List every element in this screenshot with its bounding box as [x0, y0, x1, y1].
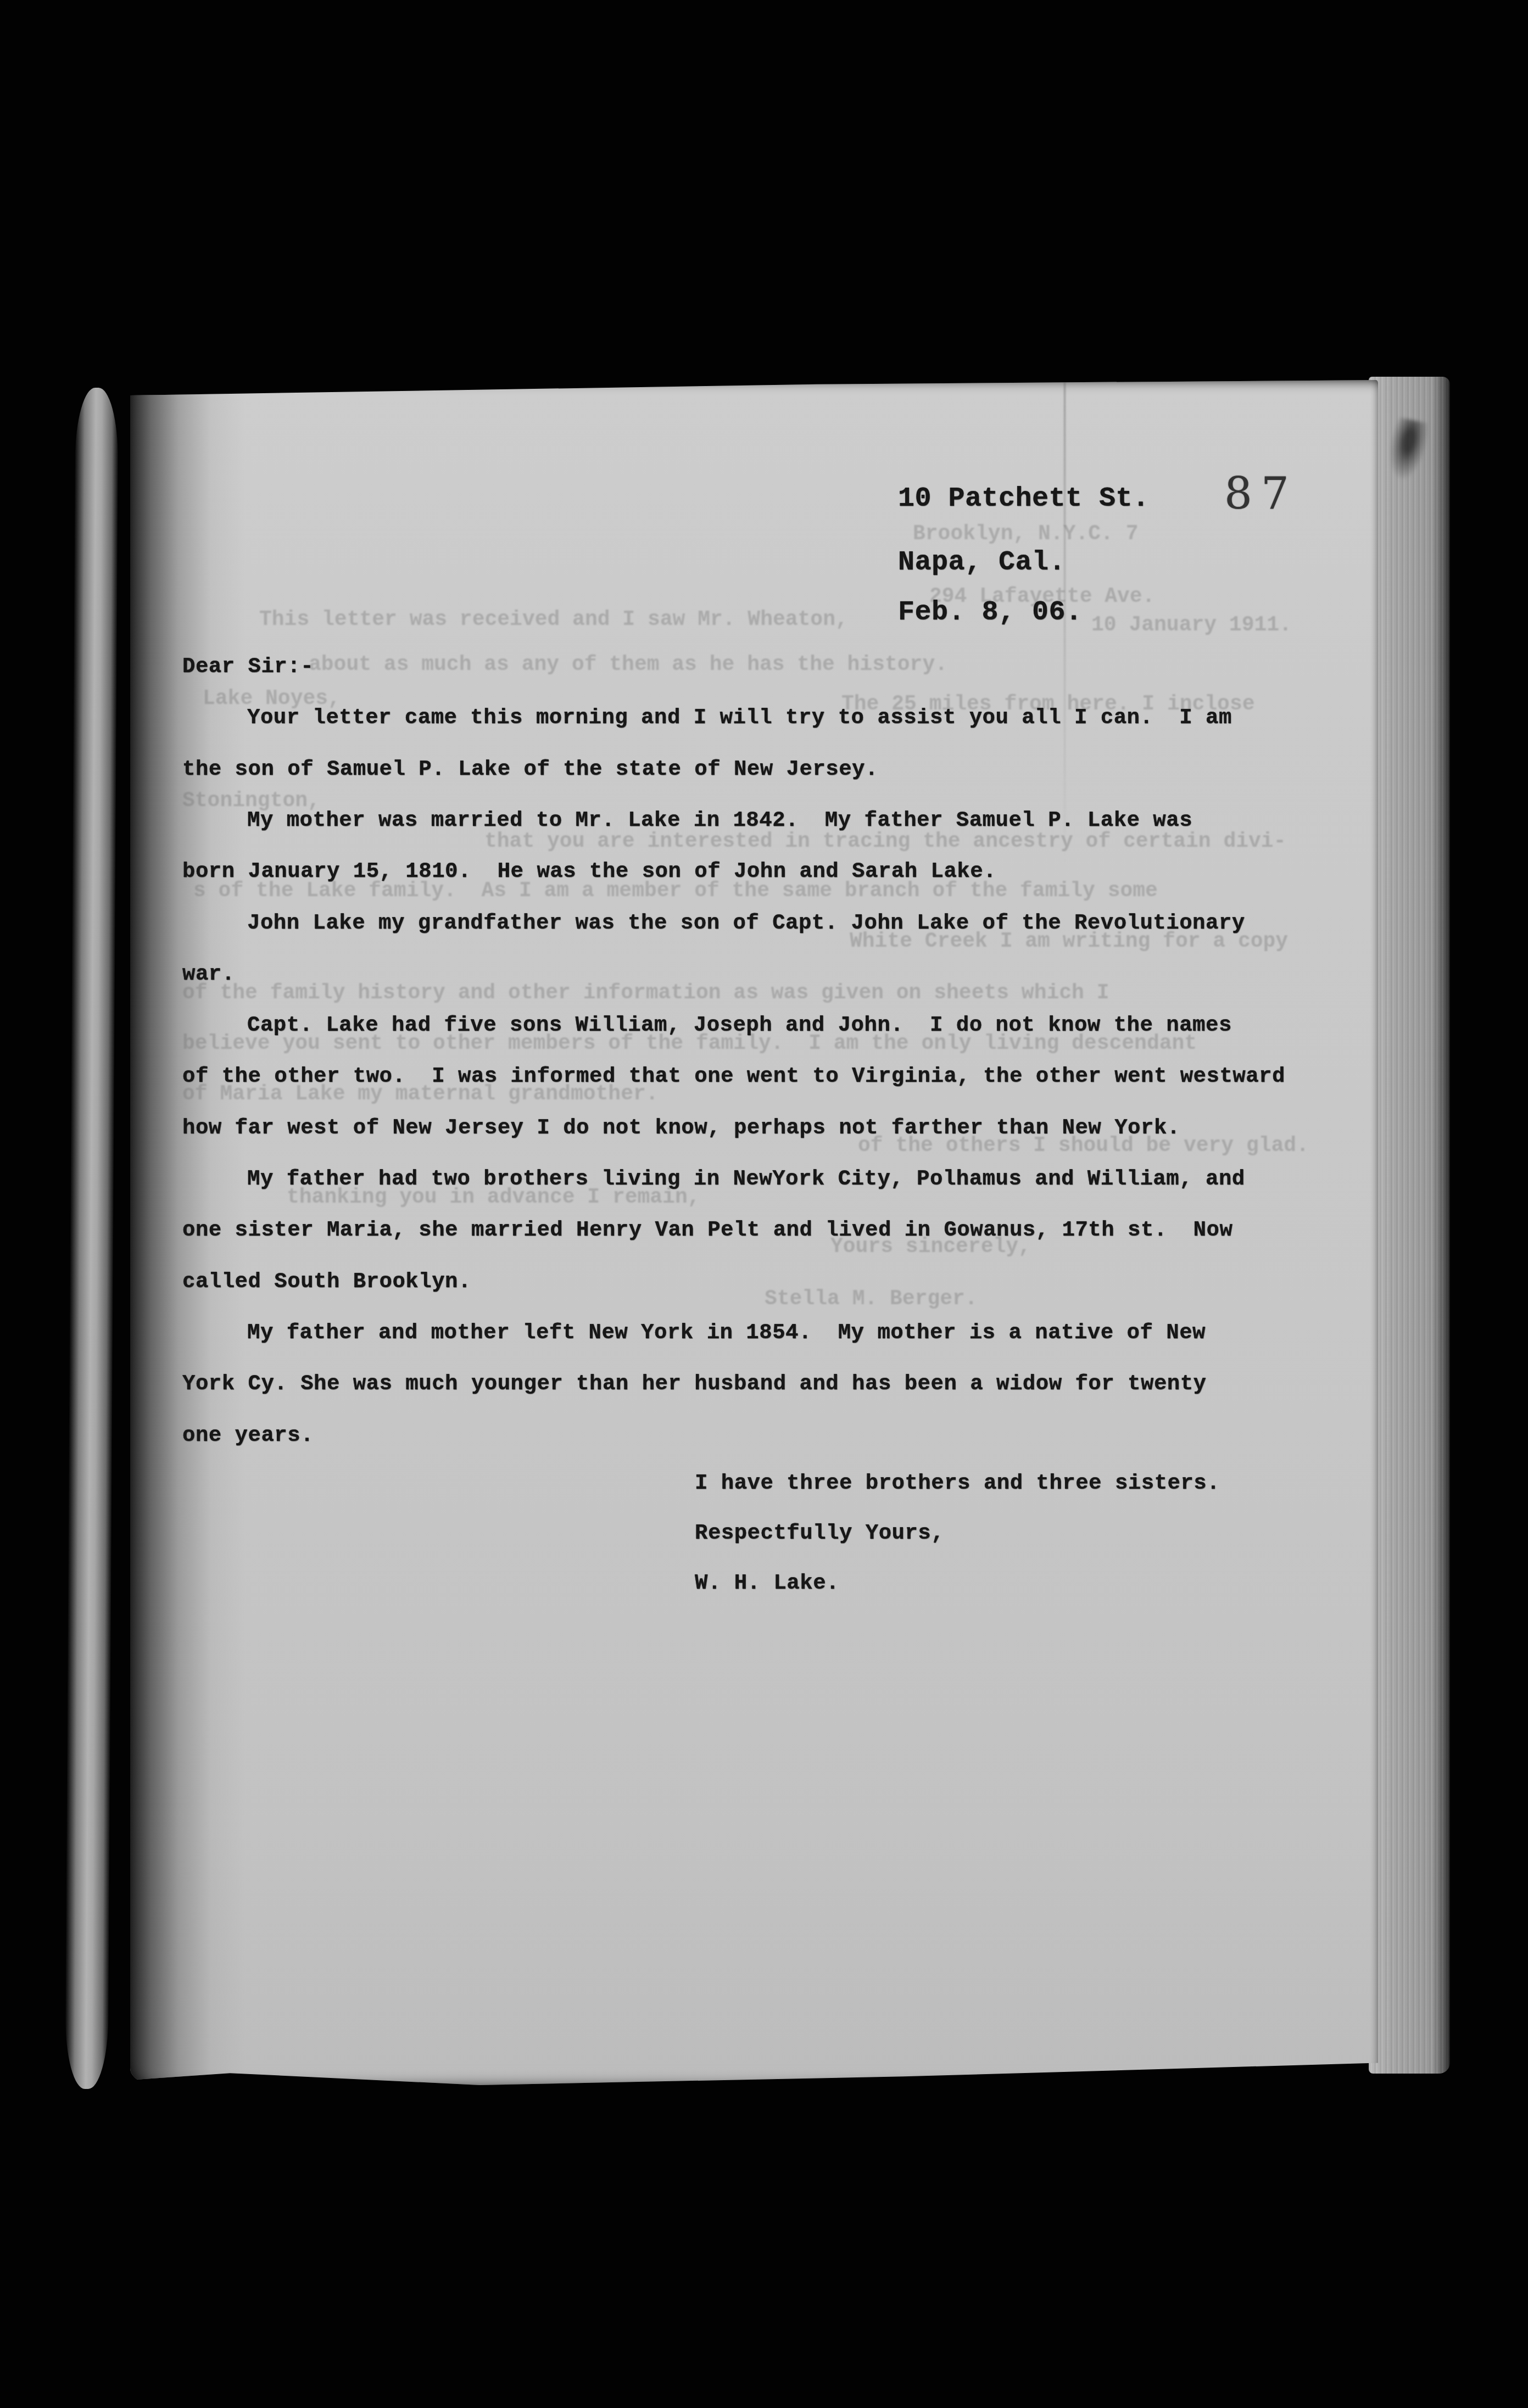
- body-line: John Lake my grandfather was the son of …: [247, 913, 1245, 934]
- body-line: Capt. Lake had five sons William, Joseph…: [247, 1015, 1232, 1036]
- ghost-line: that you are interested in tracing the a…: [484, 831, 1286, 852]
- body-line: war.: [182, 964, 235, 985]
- closing-line: W. H. Lake.: [695, 1573, 839, 1594]
- ghost-line: 10 January 1911.: [1091, 615, 1292, 636]
- body-line: My father had two brothers living in New…: [247, 1169, 1245, 1190]
- body-line: one sister Maria, she married Henry Van …: [182, 1220, 1233, 1241]
- header-line: Napa, Cal.: [898, 549, 1066, 577]
- body-line: one years.: [182, 1425, 314, 1446]
- page-stack-fore-edge: [1369, 377, 1450, 2074]
- previous-page-edge: [65, 388, 119, 2089]
- letter-page: 87 Brooklyn, N.Y.C. 7294 Lafayette Ave.T…: [130, 380, 1378, 2087]
- body-line: the son of Samuel P. Lake of the state o…: [182, 759, 878, 780]
- body-line: My mother was married to Mr. Lake in 184…: [247, 810, 1192, 831]
- closing-line: Respectfully Yours,: [695, 1523, 944, 1544]
- body-line: called South Brooklyn.: [182, 1271, 471, 1293]
- ghost-line: Brooklyn, N.Y.C. 7: [913, 524, 1138, 545]
- body-line: born January 15, 1810. He was the son of…: [182, 861, 996, 882]
- header-line: 10 Patchett St.: [898, 485, 1150, 513]
- body-line: York Cy. She was much younger than her h…: [182, 1373, 1207, 1395]
- ghost-line: of the family history and other informat…: [182, 983, 1109, 1004]
- page-number: 87: [1224, 468, 1298, 519]
- page-stack-striations: [1369, 377, 1450, 2074]
- ghost-line: Stella M. Berger.: [765, 1289, 978, 1310]
- ghost-line: This letter was received and I saw Mr. W…: [259, 610, 848, 630]
- salutation: Dear Sir:-: [182, 656, 314, 678]
- body-line: how far west of New Jersey I do not know…: [182, 1118, 1180, 1139]
- body-line: of the other two. I was informed that on…: [182, 1066, 1285, 1087]
- ghost-line: s of the Lake family. As I am a member o…: [193, 881, 1158, 902]
- ghost-line: about as much as any of them as he has t…: [309, 655, 947, 675]
- header-line: Feb. 8, 06.: [898, 599, 1083, 627]
- book-scan: 87 Brooklyn, N.Y.C. 7294 Lafayette Ave.T…: [0, 0, 1528, 2408]
- body-line: My father and mother left New York in 18…: [247, 1322, 1206, 1344]
- body-line: Your letter came this morning and I will…: [247, 707, 1232, 729]
- closing-line: I have three brothers and three sisters.: [695, 1473, 1220, 1494]
